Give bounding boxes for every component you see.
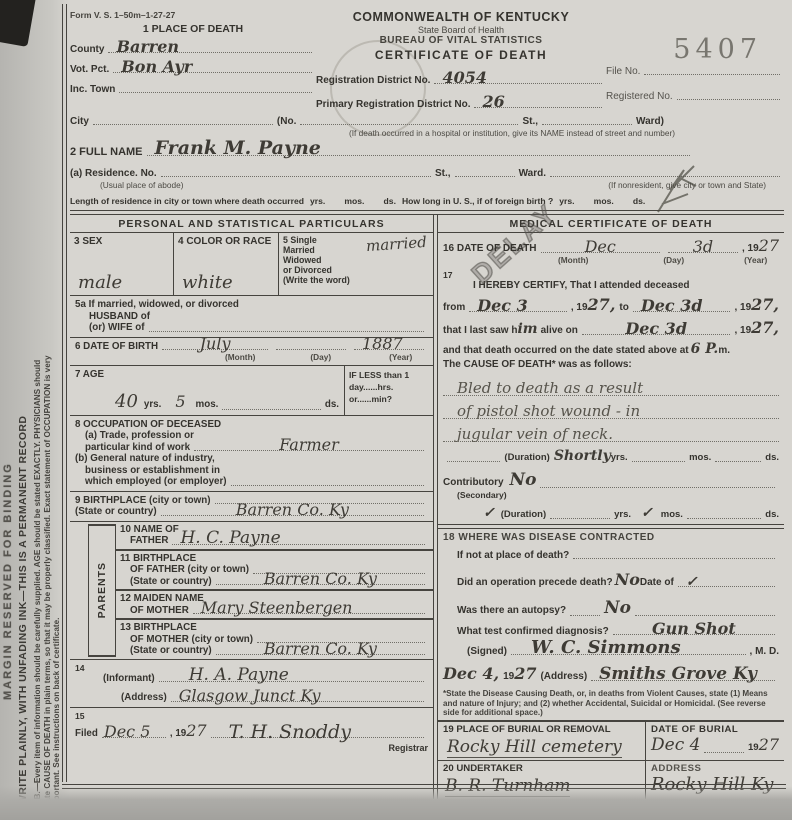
autopsy-label: Was there an autopsy? xyxy=(457,605,566,616)
operation-value: No xyxy=(615,570,640,589)
if-less-cell: IF LESS than 1 day......hrs. or......min… xyxy=(345,366,433,415)
header-left-column: Form V. S. 1–50m–1-27-27 1 PLACE OF DEAT… xyxy=(70,10,316,110)
medical-column: DELAY MEDICAL CERTIFICATE OF DEATH 16 DA… xyxy=(438,215,784,799)
duration2-row: ✓ (Duration) yrs. ✓ mos. ds. xyxy=(443,505,779,521)
s5a-line3: (or) WIFE of xyxy=(89,322,145,334)
inc-town-line xyxy=(119,90,312,93)
undertaker-address-label: ADDRESS xyxy=(651,763,779,774)
residence-label: (a) Residence. No. xyxy=(70,168,157,179)
header-center-column: COMMONWEALTH OF KENTUCKY State Board of … xyxy=(316,10,606,110)
cause-line2: of pistol shot wound - in xyxy=(457,402,640,420)
age-yrs-unit: yrs. xyxy=(144,399,161,411)
father-name-value: H. C. Payne xyxy=(180,528,280,548)
informant-address-value: Glasgow Junct Ky xyxy=(179,686,321,705)
father-name-row: 10 NAME OF FATHER H. C. Payne xyxy=(116,522,433,551)
occ-b-line1: (b) General nature of industry, xyxy=(75,453,428,465)
contributory-label: Contributory xyxy=(443,477,504,488)
mother-name-row: 12 MAIDEN NAME OF MOTHER Mary Steenberge… xyxy=(116,591,433,620)
autopsy-line xyxy=(635,613,775,616)
form-bottom-double-rule xyxy=(62,784,786,789)
primary-district-line: 26 xyxy=(474,105,602,108)
mother-bp-line2: OF MOTHER (city or town) xyxy=(130,634,253,646)
date-of-birth-block: 6 DATE OF BIRTH July 1887 (Month) (Day) … xyxy=(70,338,433,367)
informant-line: H. A. Payne xyxy=(159,679,424,682)
cause-line3-rule: jugular vein of neck. xyxy=(443,421,779,442)
margin-nb-note: N. B.—Every item of information should b… xyxy=(33,355,62,810)
operation-date-label: Date of xyxy=(640,577,674,588)
inc-town-label: Inc. Town xyxy=(70,84,115,95)
occ-a-line1: (a) Trade, profession or xyxy=(85,430,428,442)
s5a-line2: HUSBAND of xyxy=(89,311,428,323)
duration2-yrs-line xyxy=(550,516,610,519)
personal-column: PERSONAL AND STATISTICAL PARTICULARS 3 S… xyxy=(70,215,433,799)
from-value: Dec 3 xyxy=(477,296,528,315)
cause-line3: jugular vein of neck. xyxy=(457,425,613,443)
registered-no-line xyxy=(677,97,780,100)
header-right-column: 5407 File No. Registered No. xyxy=(606,10,784,110)
mother-bp-line3: (State or country) xyxy=(130,645,212,657)
county-label: County xyxy=(70,44,104,55)
age-years-value: 40 xyxy=(115,391,138,412)
cause-label: The CAUSE OF DEATH* was as follows: xyxy=(443,359,632,370)
occ-a-line: Farmer xyxy=(194,448,424,451)
city-no-line xyxy=(300,122,518,125)
residence-no-line xyxy=(161,174,431,177)
dod-cap-month: (Month) xyxy=(558,255,588,265)
contributory-line xyxy=(540,485,775,488)
commonwealth-heading: COMMONWEALTH OF KENTUCKY xyxy=(316,10,606,24)
sign-date-value: Dec 4, xyxy=(443,664,499,683)
undertaker-address-cell: ADDRESS Rocky Hill Ky xyxy=(646,760,784,799)
length-label: Length of residence in city or town wher… xyxy=(70,196,304,206)
ifless-line3: or......min? xyxy=(349,393,429,405)
registration-district-line: 4054 xyxy=(434,81,602,84)
city-ward-label: Ward) xyxy=(636,116,664,127)
disease-contracted-block: 18 WHERE WAS DISEASE CONTRACTED If not a… xyxy=(438,529,784,686)
from-line: Dec 3 xyxy=(469,309,567,312)
occurred-m: m. xyxy=(718,345,730,356)
certify-text: I HEREBY CERTIFY, That I attended deceas… xyxy=(473,280,690,291)
mother-bp-line1: 13 BIRTHPLACE xyxy=(120,622,429,634)
last-saw-row: that I last saw h im alive on Dec 3d , 1… xyxy=(443,318,779,337)
s18-title: 18 WHERE WAS DISEASE CONTRACTED xyxy=(443,532,779,543)
duration2-ds-line xyxy=(687,516,761,519)
occupation-value: Farmer xyxy=(279,435,339,454)
father-bp-line1: 11 BIRTHPLACE xyxy=(120,553,429,565)
file-no-row: File No. xyxy=(606,66,784,77)
contributory-row: Contributory No xyxy=(443,470,779,490)
voting-precinct-row: Vot. Pct. Bon Ayr xyxy=(70,64,316,75)
full-name-line: Frank M. Payne xyxy=(147,153,690,156)
occ-a-line2: particular kind of work xyxy=(85,442,190,454)
form-body: Form V. S. 1–50m–1-27-27 1 PLACE OF DEAT… xyxy=(70,6,784,799)
burial-date-label: DATE OF BURIAL xyxy=(651,724,779,735)
father-bp-line2: OF FATHER (city or town) xyxy=(130,564,249,576)
duration-row: (Duration) Shortly yrs. mos. ds. xyxy=(443,448,779,464)
residence-st-label: St., xyxy=(435,168,451,179)
secondary-label: (Secondary) xyxy=(457,490,779,500)
ifless-line1: IF LESS than 1 xyxy=(349,369,429,381)
signed-line: W. C. Simmons xyxy=(511,652,746,655)
mother-birthplace-row: 13 BIRTHPLACE OF MOTHER (city or town) (… xyxy=(116,620,433,659)
operation-label: Did an operation precede death? xyxy=(457,577,613,588)
death-occurred-row: and that death occurred on the date stat… xyxy=(443,341,779,357)
margin-nb-line2: state CAUSE OF DEATH in plain terms, so … xyxy=(43,355,53,810)
mother-birthplace-value: Barren Co. Ky xyxy=(264,639,377,658)
bureau-heading: BUREAU OF VITAL STATISTICS xyxy=(316,35,606,46)
inc-town-row: Inc. Town xyxy=(70,84,316,95)
duration2-mos: mos. xyxy=(661,509,683,520)
birthplace-line1: 9 BIRTHPLACE (city or town) xyxy=(75,495,211,507)
file-no-line xyxy=(644,72,780,75)
dod-year-value: 27 xyxy=(759,236,779,255)
dob-cap-day: (Day) xyxy=(310,352,331,362)
ifless-line2: day......hrs. xyxy=(349,381,429,393)
place-of-death-heading: 1 PLACE OF DEATH xyxy=(70,23,316,35)
birthplace-block: 9 BIRTHPLACE (city or town) (State or co… xyxy=(70,492,433,522)
registration-district-value: 4054 xyxy=(442,68,487,87)
marital-line3: Widowed xyxy=(283,255,429,265)
informant-address-line: Glasgow Junct Ky xyxy=(171,699,424,702)
city-label: City xyxy=(70,116,89,127)
ifnot-label: If not at place of death? xyxy=(457,550,569,561)
burial-value: Rocky Hill cemetery xyxy=(447,737,622,758)
registrar-signature: T. H. Snoddy xyxy=(229,721,351,743)
primary-district-label: Primary Registration District No. xyxy=(316,99,470,110)
age-days-line xyxy=(222,407,320,410)
dod-captions: (Month) (Day) (Year) xyxy=(443,255,779,265)
parents-rows: 10 NAME OF FATHER H. C. Payne 11 BIRTHPL… xyxy=(116,522,433,659)
parents-label: PARENTS xyxy=(96,562,108,618)
sign-date-19: 19 xyxy=(503,671,514,682)
lastsaw-mid: alive on xyxy=(541,325,578,336)
margin-nb-line3: important. See instructions on back of c… xyxy=(52,355,62,810)
registration-district-label: Registration District No. xyxy=(316,75,430,86)
race-value: white xyxy=(182,272,233,293)
father-bp-line: Barren Co. Ky xyxy=(216,582,425,585)
cause-of-death-block: Bled to death as a result of pistol shot… xyxy=(438,372,784,524)
form-left-double-rule xyxy=(62,4,67,782)
city-row: City (No. St., Ward) xyxy=(70,116,784,127)
birthplace-value: Barren Co. Ky xyxy=(236,500,349,519)
marital-line5: (Write the word) xyxy=(283,275,429,285)
md-label: , M. D. xyxy=(750,646,779,657)
burial-date-value: Dec 4 xyxy=(651,735,700,755)
medical-title: MEDICAL CERTIFICATE OF DEATH xyxy=(438,215,784,233)
sex-value: male xyxy=(78,272,122,293)
mother-name-line: Mary Steenbergen xyxy=(193,611,425,614)
residence-st-line xyxy=(455,174,515,177)
death-certificate-scan: MARGIN RESERVED FOR BINDING WRITE PLAINL… xyxy=(0,0,792,820)
undertaker-label: 20 UNDERTAKER xyxy=(443,763,640,774)
duration2-check1: ✓ xyxy=(483,505,495,521)
signed-value: W. C. Simmons xyxy=(531,637,681,658)
parents-gutter xyxy=(70,522,88,659)
age-mos-unit: mos. xyxy=(196,399,219,411)
registrar-sig-line: T. H. Snoddy xyxy=(211,735,424,738)
dob-captions: (Month) (Day) (Year) xyxy=(75,352,428,362)
burial-date-19: 19 xyxy=(748,742,759,753)
lastsaw-date: Dec 3d xyxy=(625,319,687,338)
dod-month-line: Dec xyxy=(541,250,660,253)
dod-day-line: 3d xyxy=(668,250,738,253)
file-no-label: File No. xyxy=(606,66,640,77)
duration2-check2: ✓ xyxy=(641,505,653,521)
marital-cell: 5 Single Married Widowed or Divorced (Wr… xyxy=(279,233,433,295)
informant-block: 14 (Informant) H. A. Payne (Address) Gla… xyxy=(70,660,433,708)
operation-date-value: ✓ xyxy=(686,574,698,590)
mother-bp-line: Barren Co. Ky xyxy=(216,652,425,655)
dob-month-value: July xyxy=(200,334,231,353)
registration-district-row: Registration District No. 4054 xyxy=(316,75,606,86)
test-value: Gun Shot xyxy=(652,619,736,638)
duration-ds-line xyxy=(715,459,761,462)
occurred-text: and that death occurred on the date stat… xyxy=(443,345,689,356)
duration-ds: ds. xyxy=(765,452,779,463)
dod-label: 16 DATE OF DEATH xyxy=(443,243,537,254)
from-19: , 19 xyxy=(571,302,588,313)
test-label: What test confirmed diagnosis? xyxy=(457,626,609,637)
howlong-label: How long in U. S., if of foreign birth ? xyxy=(402,196,553,206)
dod-month-value: Dec xyxy=(585,237,616,256)
father-name-line: H. C. Payne xyxy=(172,542,425,545)
occ-b-line3: which employed (or employer) xyxy=(85,476,227,488)
dod-day-value: 3d xyxy=(693,237,713,256)
dob-year-value: 1887 xyxy=(362,334,403,353)
sex-label: 3 SEX xyxy=(74,236,169,247)
to-19: , 19 xyxy=(734,302,751,313)
margin-permanent-record-text: WRITE PLAINLY, WITH UNFADING INK—THIS IS… xyxy=(17,416,29,805)
to-year: 27, xyxy=(751,295,779,314)
informant-label: (Informant) xyxy=(103,673,155,685)
lastsaw-him: im xyxy=(517,321,537,337)
dod-cap-day: (Day) xyxy=(663,255,684,265)
dod-19: , 19 xyxy=(742,243,759,254)
marital-line4: or Divorced xyxy=(283,265,429,275)
primary-district-row: Primary Registration District No. 26 xyxy=(316,99,606,110)
birthplace-line: Barren Co. Ky xyxy=(161,513,424,516)
voting-precinct-line: Bon Ayr xyxy=(113,70,312,73)
age-block: 7 AGE 40 yrs. 5 mos. ds. IF LESS than 1 … xyxy=(70,366,433,416)
city-st-line xyxy=(542,122,632,125)
duration-lead xyxy=(447,459,500,462)
to-line: Dec 3d xyxy=(633,309,731,312)
voting-precinct-label: Vot. Pct. xyxy=(70,64,109,75)
full-name-value: Frank M. Payne xyxy=(155,137,321,159)
personal-title: PERSONAL AND STATISTICAL PARTICULARS xyxy=(70,215,433,233)
lastsaw-pre: that I last saw h xyxy=(443,325,517,336)
age-ds-unit: ds. xyxy=(325,399,339,411)
county-line: Barren xyxy=(108,50,312,53)
certificate-of-death-heading: CERTIFICATE OF DEATH xyxy=(316,48,606,62)
burial-date-lead xyxy=(704,750,744,753)
race-label: 4 COLOR OR RACE xyxy=(178,236,274,247)
filed-date-value: Dec 5 xyxy=(104,722,151,741)
file-number-stamp: 5407 xyxy=(673,34,762,65)
sex-cell: 3 SEX male xyxy=(70,233,174,295)
city-no-label: (No. xyxy=(277,116,296,127)
stray-pencil-mark xyxy=(650,160,710,220)
hospital-note: (If death occurred in a hospital or inst… xyxy=(240,128,784,138)
registrar-label: Registrar xyxy=(75,743,428,753)
margin-nb-line1: N. B.—Every item of information should b… xyxy=(33,355,43,810)
county-value: Barren xyxy=(116,37,179,56)
from-year: 27, xyxy=(588,295,616,314)
father-birthplace-value: Barren Co. Ky xyxy=(264,569,377,588)
place-of-burial-cell: 19 PLACE OF BURIAL OR REMOVAL Rocky Hill… xyxy=(438,722,645,760)
filed-number: 15 xyxy=(75,711,428,721)
s5a-line xyxy=(149,329,425,332)
violent-death-footnote: *State the Disease Causing Death, or, in… xyxy=(438,686,784,720)
length-units: yrs. mos. ds. xyxy=(310,196,396,206)
dob-day-line xyxy=(276,347,346,350)
sign-date-year: 27 xyxy=(514,664,536,683)
father-bp-line3: (State or country) xyxy=(130,576,212,588)
scan-corner-artifact xyxy=(0,0,36,47)
mother-name-value: Mary Steenbergen xyxy=(201,598,353,617)
cause-line1: Bled to death as a result xyxy=(457,379,643,397)
signed-label: (Signed) xyxy=(467,646,507,657)
date-of-death-block: 16 DATE OF DEATH Dec 3d , 19 27 (Month) … xyxy=(438,233,784,268)
full-name-label: 2 FULL NAME xyxy=(70,146,143,158)
duration2-label: (Duration) xyxy=(501,509,546,520)
duration2-yrs: yrs. xyxy=(614,509,631,520)
duration-mos: mos. xyxy=(689,452,711,463)
registered-no-label: Registered No. xyxy=(606,91,673,102)
county-row: County Barren xyxy=(70,44,316,55)
primary-district-value: 26 xyxy=(482,92,504,111)
mother-name-line2: OF MOTHER xyxy=(130,605,189,617)
dob-cap-month: (Month) xyxy=(225,352,255,362)
race-cell: 4 COLOR OR RACE white xyxy=(174,233,279,295)
state-board-heading: State Board of Health xyxy=(316,25,606,35)
occurred-time: 6 P. xyxy=(691,341,719,357)
dob-label: 6 DATE OF BIRTH xyxy=(75,341,158,353)
main-columns: PERSONAL AND STATISTICAL PARTICULARS 3 S… xyxy=(70,215,784,799)
cause-line2-rule: of pistol shot wound - in xyxy=(443,398,779,419)
ifnot-line xyxy=(573,556,775,559)
abode-note: (Usual place of abode) xyxy=(100,180,183,190)
margin-binding-text: MARGIN RESERVED FOR BINDING xyxy=(2,462,14,700)
parents-vertical-label: PARENTS xyxy=(88,524,116,657)
lastsaw-19: , 19 xyxy=(734,325,751,336)
attended-from-row: from Dec 3 , 19 27, to Dec 3d , 19 27, xyxy=(443,295,779,314)
duration-label: (Duration) xyxy=(504,452,549,463)
s5a-line1: 5a If married, widowed, or divorced xyxy=(75,299,428,311)
occupation-block: 8 OCCUPATION OF DECEASED (a) Trade, prof… xyxy=(70,416,433,492)
lastsaw-line: Dec 3d xyxy=(582,332,731,335)
parents-block: PARENTS 10 NAME OF FATHER H. C. Payne 11… xyxy=(70,522,433,660)
father-name-line2: FATHER xyxy=(130,535,168,547)
age-months-value: 5 xyxy=(175,392,185,411)
dob-month-line: July xyxy=(162,347,268,350)
father-birthplace-row: 11 BIRTHPLACE OF FATHER (city or town) (… xyxy=(116,551,433,592)
dod-cap-year: (Year) xyxy=(744,255,767,265)
dob-year-line: 1887 xyxy=(354,347,424,350)
city-st-label: St., xyxy=(522,116,538,127)
duration-yrs: yrs. xyxy=(611,452,628,463)
autopsy-lead xyxy=(570,613,600,616)
duration-mos-line xyxy=(632,459,685,462)
duration2-ds: ds. xyxy=(765,509,779,520)
contributory-value: No xyxy=(510,470,537,490)
sex-race-marital-row: 3 SEX male 4 COLOR OR RACE white 5 Singl… xyxy=(70,233,433,296)
registered-no-row: Registered No. xyxy=(606,91,784,102)
sign-address-label: (Address) xyxy=(540,671,587,682)
informant-address-label: (Address) xyxy=(121,692,167,704)
from-label: from xyxy=(443,302,465,313)
dob-cap-year: (Year) xyxy=(389,352,412,362)
autopsy-value: No xyxy=(604,598,631,618)
burial-date-year: 27 xyxy=(759,735,779,754)
sign-address-line: Smiths Grove Ky xyxy=(591,678,775,681)
filed-19: , 19 xyxy=(170,728,186,740)
full-name-row: 2 FULL NAME Frank M. Payne xyxy=(70,146,784,158)
informant-value: H. A. Payne xyxy=(189,665,289,685)
lastsaw-year: 27, xyxy=(751,318,779,337)
duration-value: Shortly xyxy=(554,448,611,464)
filed-label: Filed xyxy=(75,728,98,740)
occ-b-line xyxy=(231,483,424,486)
husband-wife-block: 5a If married, widowed, or divorced HUSB… xyxy=(70,296,433,338)
undertaker-cell: 20 UNDERTAKER B. R. Turnham xyxy=(438,760,645,799)
burial-label: 19 PLACE OF BURIAL OR REMOVAL xyxy=(443,724,640,735)
occupation-title: 8 OCCUPATION OF DECEASED xyxy=(75,419,428,431)
operation-date-line: ✓ xyxy=(678,584,775,587)
test-line: Gun Shot xyxy=(613,632,775,635)
cause-line1-rule: Bled to death as a result xyxy=(443,375,779,396)
howlong-units: yrs. mos. ds. xyxy=(559,196,645,206)
to-value: Dec 3d xyxy=(641,296,703,315)
filed-year-value: 27 xyxy=(186,721,206,740)
age-cell: 7 AGE 40 yrs. 5 mos. ds. xyxy=(70,366,345,415)
form-number: Form V. S. 1–50m–1-27-27 xyxy=(70,10,316,20)
form-header: Form V. S. 1–50m–1-27-27 1 PLACE OF DEAT… xyxy=(70,6,784,110)
to-label: to xyxy=(619,302,628,313)
voting-precinct-value: Bon Ayr xyxy=(121,57,192,76)
filed-date-line: Dec 5 xyxy=(102,735,166,738)
occ-b-line2: business or establishment in xyxy=(85,465,428,477)
date-of-burial-cell: DATE OF BURIAL Dec 4 19 27 xyxy=(646,722,784,760)
age-label: 7 AGE xyxy=(75,369,339,381)
residence-ward-label: Ward. xyxy=(519,168,546,179)
sign-address-value: Smiths Grove Ky xyxy=(599,664,757,684)
city-line xyxy=(93,122,273,125)
marital-value: married xyxy=(366,237,427,251)
birthplace-line2: (State or country) xyxy=(75,506,157,518)
